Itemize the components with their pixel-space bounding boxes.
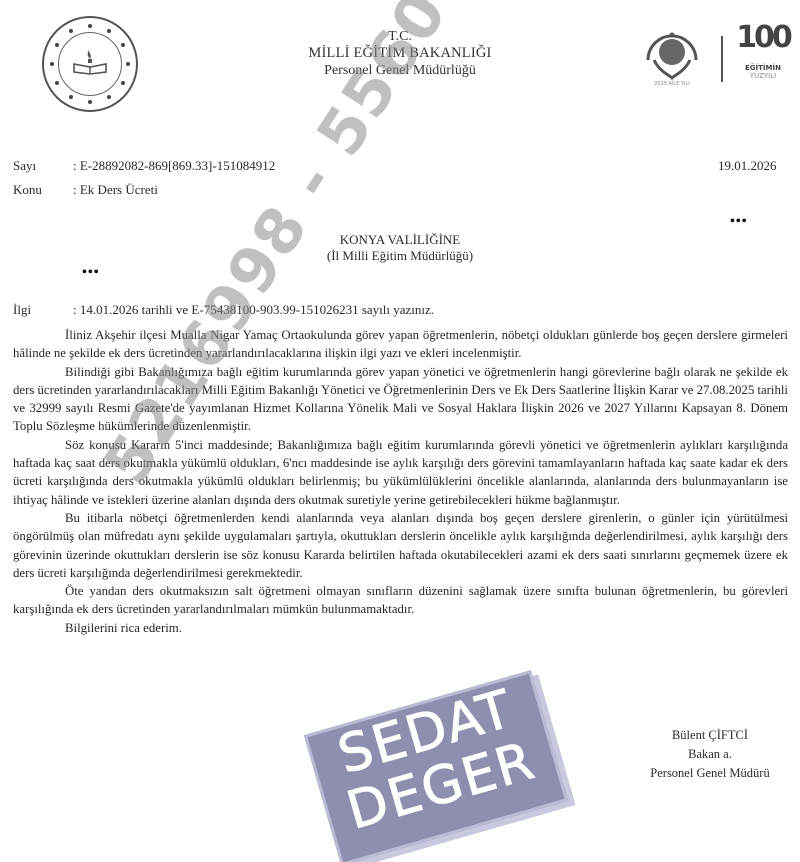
meb-emblem-icon bbox=[42, 16, 138, 112]
signatory-name: Bülent ÇİFTCİ bbox=[620, 726, 800, 745]
emblem-star-icon bbox=[121, 43, 125, 47]
letter-date: 19.01.2026 bbox=[718, 158, 777, 174]
signatory-title2: Personel Genel Müdürü bbox=[620, 764, 800, 783]
addressee: KONYA VALİLİĞİNE (İl Milli Eğitim Müdürl… bbox=[250, 232, 550, 264]
body-paragraph: Söz konusu Kararın 5'inci maddesinde; Ba… bbox=[13, 436, 788, 509]
emblem-star-icon bbox=[50, 62, 54, 66]
sayi-value: : E-28892082-869[869.33]-151084912 bbox=[73, 158, 275, 174]
logo-100-number: 100 bbox=[733, 22, 793, 54]
watermark-stamp: SEDAT DEGER bbox=[304, 670, 568, 862]
ilgi-value: : 14.01.2026 tarihli ve E-75438100-903.9… bbox=[73, 302, 434, 318]
letter-body: İliniz Akşehir ilçesi Mualla Nigar Yamaç… bbox=[13, 326, 788, 637]
body-paragraph: İliniz Akşehir ilçesi Mualla Nigar Yamaç… bbox=[13, 326, 788, 363]
redaction-mark: ••• bbox=[730, 214, 748, 230]
emblem-star-icon bbox=[126, 62, 130, 66]
emblem-star-icon bbox=[107, 29, 111, 33]
logo-divider bbox=[721, 36, 723, 82]
emblem-star-icon bbox=[121, 81, 125, 85]
konu-value: : Ek Ders Ücreti bbox=[73, 182, 158, 198]
body-paragraph: Bilgilerini rica ederim. bbox=[13, 619, 788, 637]
body-paragraph: Bilindiği gibi Bakanlığımıza bağlı eğiti… bbox=[13, 363, 788, 436]
svg-text:2025 AİLE YILI: 2025 AİLE YILI bbox=[654, 80, 690, 86]
redaction-mark: ••• bbox=[82, 265, 100, 281]
letterhead-ministry: MİLLİ EĞİTİM BAKANLIĞI bbox=[250, 45, 550, 62]
letterhead: T.C. MİLLİ EĞİTİM BAKANLIĞI Personel Gen… bbox=[250, 28, 550, 79]
book-torch-icon bbox=[71, 46, 109, 76]
sayi-label: Sayı bbox=[13, 158, 36, 174]
addressee-line2: (İl Milli Eğitim Müdürlüğü) bbox=[250, 248, 550, 264]
letterhead-directorate: Personel Genel Müdürlüğü bbox=[250, 62, 550, 79]
ilgi-label: İlgi bbox=[13, 302, 31, 318]
logo-100-line1: EĞİTİMİN bbox=[733, 64, 793, 72]
body-paragraph: Öte yandan ders okutmaksızın salt öğretm… bbox=[13, 582, 788, 619]
signature-block: Bülent ÇİFTCİ Bakan a. Personel Genel Mü… bbox=[620, 726, 800, 783]
emblem-star-icon bbox=[69, 95, 73, 99]
emblem-star-icon bbox=[88, 100, 92, 104]
logo-100-line2: YÜZYILI bbox=[733, 72, 793, 80]
konu-label: Konu bbox=[13, 182, 42, 198]
emblem-star-icon bbox=[55, 81, 59, 85]
letterhead-tc: T.C. bbox=[250, 28, 550, 45]
stamp-line1: SEDAT bbox=[308, 674, 545, 791]
addressee-line1: KONYA VALİLİĞİNE bbox=[250, 232, 550, 248]
emblem-star-icon bbox=[55, 43, 59, 47]
official-letter: T.C. MİLLİ EĞİTİM BAKANLIĞI Personel Gen… bbox=[0, 0, 800, 862]
body-paragraph: Bu itibarla nöbetçi öğretmenlerden kendi… bbox=[13, 509, 788, 582]
aile-yili-logo-icon: 2025 AİLE YILI bbox=[640, 22, 704, 86]
stamp-line2: DEGER bbox=[323, 728, 560, 845]
egitimin-yuzyili-logo: 100 EĞİTİMİN YÜZYILI bbox=[733, 22, 793, 80]
emblem-star-icon bbox=[107, 95, 111, 99]
signatory-title1: Bakan a. bbox=[620, 745, 800, 764]
emblem-star-icon bbox=[88, 24, 92, 28]
emblem-star-icon bbox=[69, 29, 73, 33]
